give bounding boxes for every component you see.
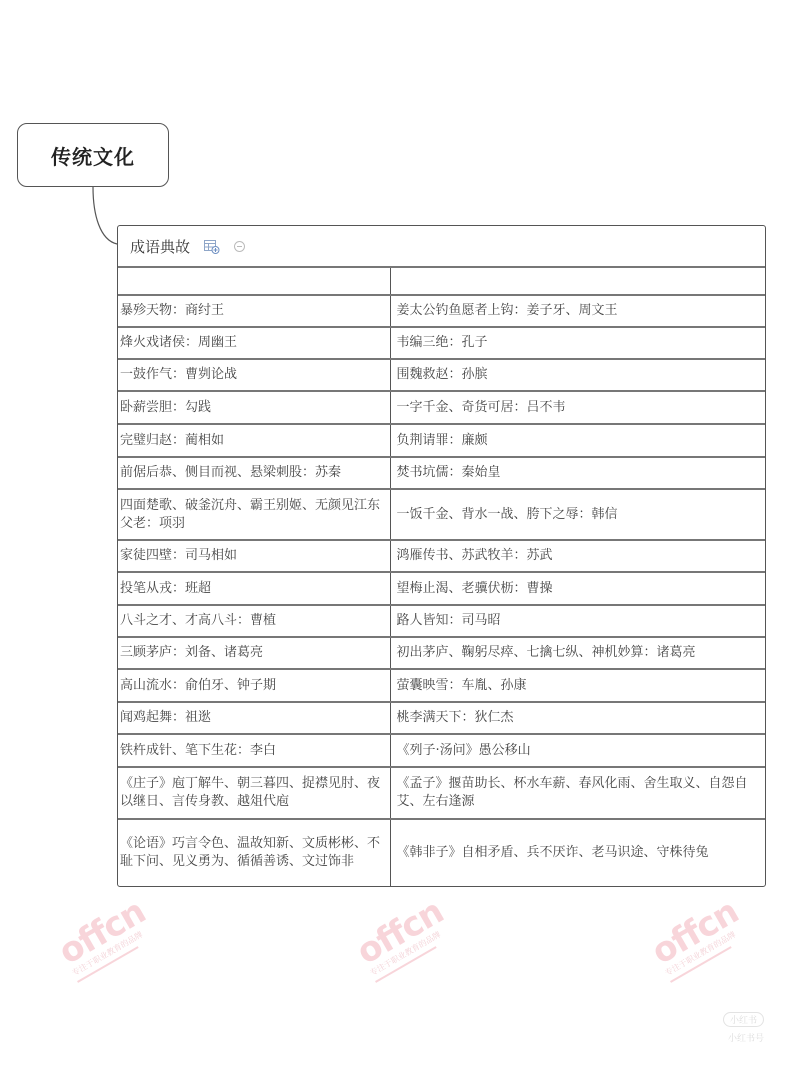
idiom-cell-left[interactable]: 三顾茅庐：刘备、诸葛亮	[118, 637, 390, 669]
idiom-cell-right[interactable]: 韦编三绝：孔子	[390, 327, 765, 359]
watermark-underline	[77, 946, 139, 983]
idiom-cell-left[interactable]: 完璧归赵：蔺相如	[118, 424, 390, 457]
platform-text: 小红书号	[723, 1031, 764, 1044]
table-row: 完璧归赵：蔺相如负荆请罪：廉颇	[118, 424, 765, 457]
table-row: 投笔从戎：班超望梅止渴、老骥伏枥：曹操	[118, 572, 765, 605]
idiom-cell-right[interactable]: 一饭千金、背水一战、胯下之辱：韩信	[390, 489, 765, 540]
idiom-cell-left[interactable]: 闻鸡起舞：祖逖	[118, 702, 390, 734]
table-row: 八斗之才、才高八斗：曹植路人皆知：司马昭	[118, 605, 765, 637]
idiom-cell-left[interactable]: 烽火戏诸侯：周幽王	[118, 327, 390, 359]
idiom-cell-right[interactable]: 鸿雁传书、苏武牧羊：苏武	[390, 540, 765, 572]
idiom-cell-left[interactable]: 家徒四壁：司马相如	[118, 540, 390, 572]
idiom-cell-left[interactable]: 投笔从戎：班超	[118, 572, 390, 605]
table-row: 铁杵成针、笔下生花：李白《列子·汤问》愚公移山	[118, 734, 765, 767]
idiom-cell-right[interactable]: 《列子·汤问》愚公移山	[390, 734, 765, 767]
idiom-cell-left[interactable]: 高山流水：俞伯牙、钟子期	[118, 669, 390, 702]
idiom-cell-right[interactable]: 萤囊映雪：车胤、孙康	[390, 669, 765, 702]
table-add-icon[interactable]	[204, 239, 220, 253]
watermark-subtitle: 专注于职业教育的品牌	[368, 894, 503, 979]
table-row: 前倨后恭、侧目而视、悬梁刺股：苏秦焚书坑儒：秦始皇	[118, 457, 765, 489]
idiom-cell-left[interactable]: 四面楚歌、破釜沉舟、霸王别姬、无颜见江东父老：项羽	[118, 489, 390, 540]
table-row: 一鼓作气：曹刿论战围魏救赵：孙膑	[118, 359, 765, 391]
idiom-cell-right[interactable]: 望梅止渴、老骥伏枥：曹操	[390, 572, 765, 605]
table-row: 三顾茅庐：刘备、诸葛亮初出茅庐、鞠躬尽瘁、七擒七纵、神机妙算：诸葛亮	[118, 637, 765, 669]
watermark-underline	[375, 946, 437, 983]
idiom-cell-right[interactable]: 桃李满天下：狄仁杰	[390, 702, 765, 734]
idiom-cell-right[interactable]: 焚书坑儒：秦始皇	[390, 457, 765, 489]
root-topic-label: 传统文化	[51, 141, 135, 170]
idiom-cell-left[interactable]: 一鼓作气：曹刿论战	[118, 359, 390, 391]
idiom-cell-right[interactable]: 负荆请罪：廉颇	[390, 424, 765, 457]
table-row: 高山流水：俞伯牙、钟子期萤囊映雪：车胤、孙康	[118, 669, 765, 702]
idiom-cell-left[interactable]: 《庄子》庖丁解牛、朝三暮四、捉襟见肘、夜以继日、言传身教、越俎代庖	[118, 767, 390, 819]
table-row: 暴殄天物：商纣王姜太公钓鱼愿者上钩：姜子牙、周文王	[118, 295, 765, 327]
idiom-cell-left[interactable]: 铁杵成针、笔下生花：李白	[118, 734, 390, 767]
root-topic-node[interactable]: 传统文化	[17, 123, 169, 187]
table-title: 成语典故	[130, 236, 190, 257]
watermark-subtitle: 专注于职业教育的品牌	[70, 894, 205, 979]
idiom-cell-right[interactable]: 一字千金、奇货可居：吕不韦	[390, 391, 765, 424]
idiom-cell-right[interactable]: 路人皆知：司马昭	[390, 605, 765, 637]
idiom-cell-right[interactable]: 初出茅庐、鞠躬尽瘁、七擒七纵、神机妙算：诸葛亮	[390, 637, 765, 669]
table-row: 《论语》巧言令色、温故知新、文质彬彬、不耻下问、见义勇为、循循善诱、文过饰非《韩…	[118, 819, 765, 886]
idiom-table-node[interactable]: 成语典故 暴殄天物：商纣王姜太公钓鱼愿者上钩：姜子牙、周文王烽火戏诸侯：周幽王韦…	[117, 225, 766, 887]
platform-watermark: 小红书 小红书号	[723, 1012, 764, 1044]
table-row: 闻鸡起舞：祖逖桃李满天下：狄仁杰	[118, 702, 765, 734]
idiom-cell-left[interactable]: 暴殄天物：商纣王	[118, 295, 390, 327]
header-cell-right	[390, 268, 765, 295]
idiom-cell-right[interactable]: 《孟子》揠苗助长、杯水车薪、春风化雨、舍生取义、自怨自艾、左右逢源	[390, 767, 765, 819]
idiom-cell-left[interactable]: 八斗之才、才高八斗：曹植	[118, 605, 390, 637]
table-row: 卧薪尝胆：勾践一字千金、奇货可居：吕不韦	[118, 391, 765, 424]
table-row: 《庄子》庖丁解牛、朝三暮四、捉襟见肘、夜以继日、言传身教、越俎代庖《孟子》揠苗助…	[118, 767, 765, 819]
table-node-header: 成语典故	[118, 226, 765, 268]
watermark-subtitle: 专注于职业教育的品牌	[663, 894, 798, 979]
header-cell-left	[118, 268, 390, 295]
watermark-underline	[670, 946, 732, 983]
table-row: 四面楚歌、破釜沉舟、霸王别姬、无颜见江东父老：项羽一饭千金、背水一战、胯下之辱：…	[118, 489, 765, 540]
table-row: 家徒四壁：司马相如鸿雁传书、苏武牧羊：苏武	[118, 540, 765, 572]
platform-badge: 小红书	[723, 1012, 764, 1027]
idiom-table: 暴殄天物：商纣王姜太公钓鱼愿者上钩：姜子牙、周文王烽火戏诸侯：周幽王韦编三绝：孔…	[118, 268, 765, 886]
idiom-cell-left[interactable]: 卧薪尝胆：勾践	[118, 391, 390, 424]
idiom-cell-right[interactable]: 《韩非子》自相矛盾、兵不厌诈、老马识途、守株待兔	[390, 819, 765, 886]
table-row: 烽火戏诸侯：周幽王韦编三绝：孔子	[118, 327, 765, 359]
idiom-cell-left[interactable]: 前倨后恭、侧目而视、悬梁刺股：苏秦	[118, 457, 390, 489]
idiom-cell-right[interactable]: 围魏救赵：孙膑	[390, 359, 765, 391]
idiom-cell-right[interactable]: 姜太公钓鱼愿者上钩：姜子牙、周文王	[390, 295, 765, 327]
collapse-minus-icon[interactable]	[234, 241, 245, 252]
table-header-row	[118, 268, 765, 295]
idiom-cell-left[interactable]: 《论语》巧言令色、温故知新、文质彬彬、不耻下问、见义勇为、循循善诱、文过饰非	[118, 819, 390, 886]
